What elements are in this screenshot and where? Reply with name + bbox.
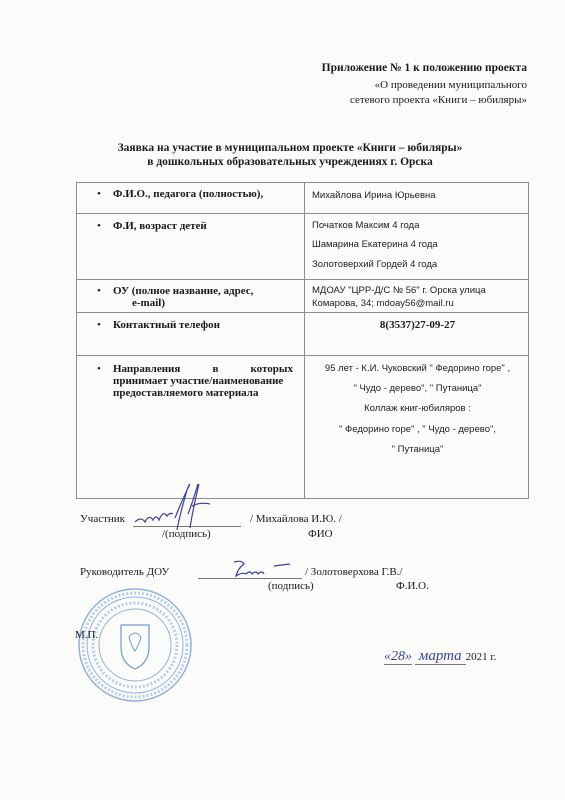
value-institution-line-2: Комарова, 34; mdoay56@mail.ru <box>312 298 454 310</box>
appendix-subtitle-line-1: «О проведении муниципального <box>300 79 527 91</box>
value-material-line-5: " Путаница" <box>305 444 530 456</box>
label-directions-line-2: принимает участие/наименование <box>113 375 283 388</box>
value-institution-line-1: МДОАУ "ЦРР-Д/С № 56" г. Орска улица <box>312 285 486 297</box>
document-title-line-1: Заявка на участие в муниципальном проект… <box>60 141 520 155</box>
value-material-line-2: " Чудо - дерево", " Путаница" <box>305 383 530 395</box>
row-divider <box>77 279 528 280</box>
value-phone: 8(3537)27-09-27 <box>305 319 530 332</box>
bullet-icon: • <box>97 285 101 298</box>
label-institution-email: e-mail) <box>132 297 165 310</box>
application-form-table: • Ф.И.О., педагога (полностью), Михайлов… <box>76 182 529 499</box>
label-directions-line-3: предоставляемого материала <box>113 387 258 400</box>
bullet-icon: • <box>97 220 101 233</box>
label-children: • Ф.И, возраст детей <box>113 220 207 233</box>
date-month: марта <box>415 648 466 665</box>
label-teacher-name: • Ф.И.О., педагога (полностью), <box>113 188 263 201</box>
label-directions: • Направлениявкоторых <box>113 363 293 376</box>
row-divider <box>77 312 528 313</box>
document-title: Заявка на участие в муниципальном проект… <box>60 141 520 169</box>
value-teacher-name: Михайлова Ирина Юрьевна <box>312 190 436 202</box>
official-stamp <box>75 585 195 705</box>
value-child-2: Шамарина Екатерина 4 года <box>312 239 438 251</box>
head-signature-caption: (подпись) <box>268 580 314 592</box>
value-material-line-1: 95 лет - К.И. Чуковский " Федорино горе"… <box>305 363 530 375</box>
head-name: / Золотоверхова Г.В./ <box>305 566 402 578</box>
label-phone: • Контактный телефон <box>113 319 220 332</box>
value-material-line-4: " Федорино горе" , " Чудо - дерево", <box>305 424 530 436</box>
value-child-3: Золотоверхий Гордей 4 года <box>312 259 437 271</box>
date-day: «28» <box>384 649 412 665</box>
document-title-line-2: в дошкольных образовательных учреждениях… <box>60 155 520 169</box>
participant-fio-caption: ФИО <box>308 528 333 540</box>
signing-date: «28» марта2021 г. <box>384 648 496 665</box>
participant-signature-caption: /(подпись) <box>162 528 211 540</box>
value-child-1: Початков Максим 4 года <box>312 220 419 232</box>
bullet-icon: • <box>97 363 101 376</box>
appendix-subtitle-line-2: сетевого проекта «Книги – юбиляры» <box>300 94 527 106</box>
appendix-title: Приложение № 1 к положению проекта <box>300 62 527 74</box>
participant-signature-scribble <box>130 484 220 534</box>
date-year: 2021 г. <box>466 651 497 663</box>
row-divider <box>77 213 528 214</box>
head-signature-scribble <box>230 558 300 580</box>
bullet-icon: • <box>97 319 101 332</box>
participant-label: Участник <box>80 513 125 525</box>
head-label: Руководитель ДОУ <box>80 566 169 578</box>
bullet-icon: • <box>97 188 101 201</box>
value-material-line-3: Коллаж книг-юбиляров : <box>305 403 530 415</box>
stamp-place-label: М.П. <box>75 629 98 641</box>
head-fio-caption: Ф.И.О. <box>396 580 429 592</box>
participant-name: / Михайлова И.Ю. / <box>250 513 342 525</box>
row-divider <box>77 355 528 356</box>
label-institution: • ОУ (полное название, адрес, <box>113 285 253 298</box>
